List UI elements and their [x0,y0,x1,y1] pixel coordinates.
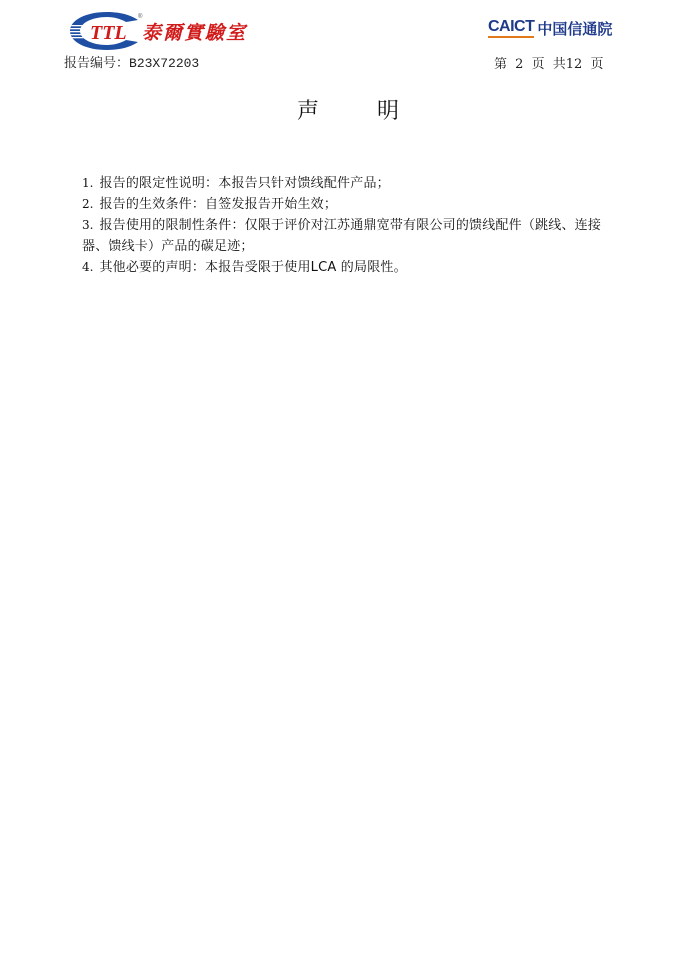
caict-logo-en: CAICT [488,19,534,38]
ttl-lab-name: 泰爾實驗室 [142,18,247,45]
statement-text: 报告使用的限制性条件：仅限于评价对江苏通鼎宽带有限公司的馈线配件（跳线、连接器、… [82,218,601,254]
statement-text: 报告的限定性说明：本报告只针对馈线配件产品； [99,176,389,191]
statement-number: 4. [82,260,93,274]
title-char-1: 声 [297,94,319,125]
title-char-2: 明 [377,94,399,125]
caict-logo: CAICT中国信通院 [488,18,612,40]
report-number: 报告编号：B23X72203 [64,52,199,71]
ttl-swoosh-icon: TTL ® [68,10,146,52]
page-counter: 第 2 页 共12 页 [494,53,603,72]
document-page: TTL ® 泰爾實驗室 报告编号：B23X72203 CAICT中国信通院 第 … [0,0,696,976]
caict-logo-cn: 中国信通院 [537,20,612,38]
page-total: 12 [566,57,583,72]
report-number-value: B23X72203 [129,56,199,71]
statement-item: 2.报告的生效条件：自签发报告开始生效； [82,194,618,215]
statement-text: 其他必要的声明：本报告受限于使用LCA 的局限性。 [99,260,406,275]
svg-text:TTL: TTL [90,22,127,44]
statement-text: 报告的生效条件：自签发报告开始生效； [99,197,337,212]
statement-list: 1.报告的限定性说明：本报告只针对馈线配件产品； 2.报告的生效条件：自签发报告… [82,173,618,278]
statement-item: 3.报告使用的限制性条件：仅限于评价对江苏通鼎宽带有限公司的馈线配件（跳线、连接… [82,215,618,257]
report-number-label: 报告编号： [64,56,129,71]
statement-number: 1. [82,176,93,190]
page-counter-mid2: 共 [553,57,566,72]
statement-item: 1.报告的限定性说明：本报告只针对馈线配件产品； [82,173,618,194]
page-title: 声明 [0,94,696,125]
statement-number: 3. [82,218,93,232]
page-counter-mid1: 页 [532,57,545,72]
page-current: 2 [515,57,523,72]
statement-item: 4.其他必要的声明：本报告受限于使用LCA 的局限性。 [82,257,618,278]
statement-number: 2. [82,197,93,211]
page-counter-suffix: 页 [590,57,603,72]
page-counter-prefix: 第 [494,57,507,72]
